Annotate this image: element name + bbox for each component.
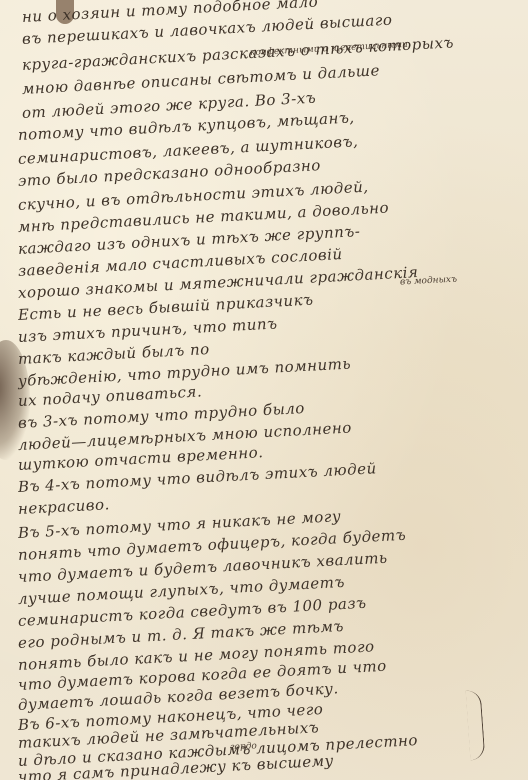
manuscript-page: ни о хозяин и тому подобное мало въ пере…	[0, 0, 528, 780]
manuscript-line: некрасиво.	[18, 495, 111, 518]
interlinear-insertion: гордо	[230, 741, 257, 752]
manuscript-text: ни о хозяин и тому подобное мало въ пере…	[0, 0, 528, 780]
